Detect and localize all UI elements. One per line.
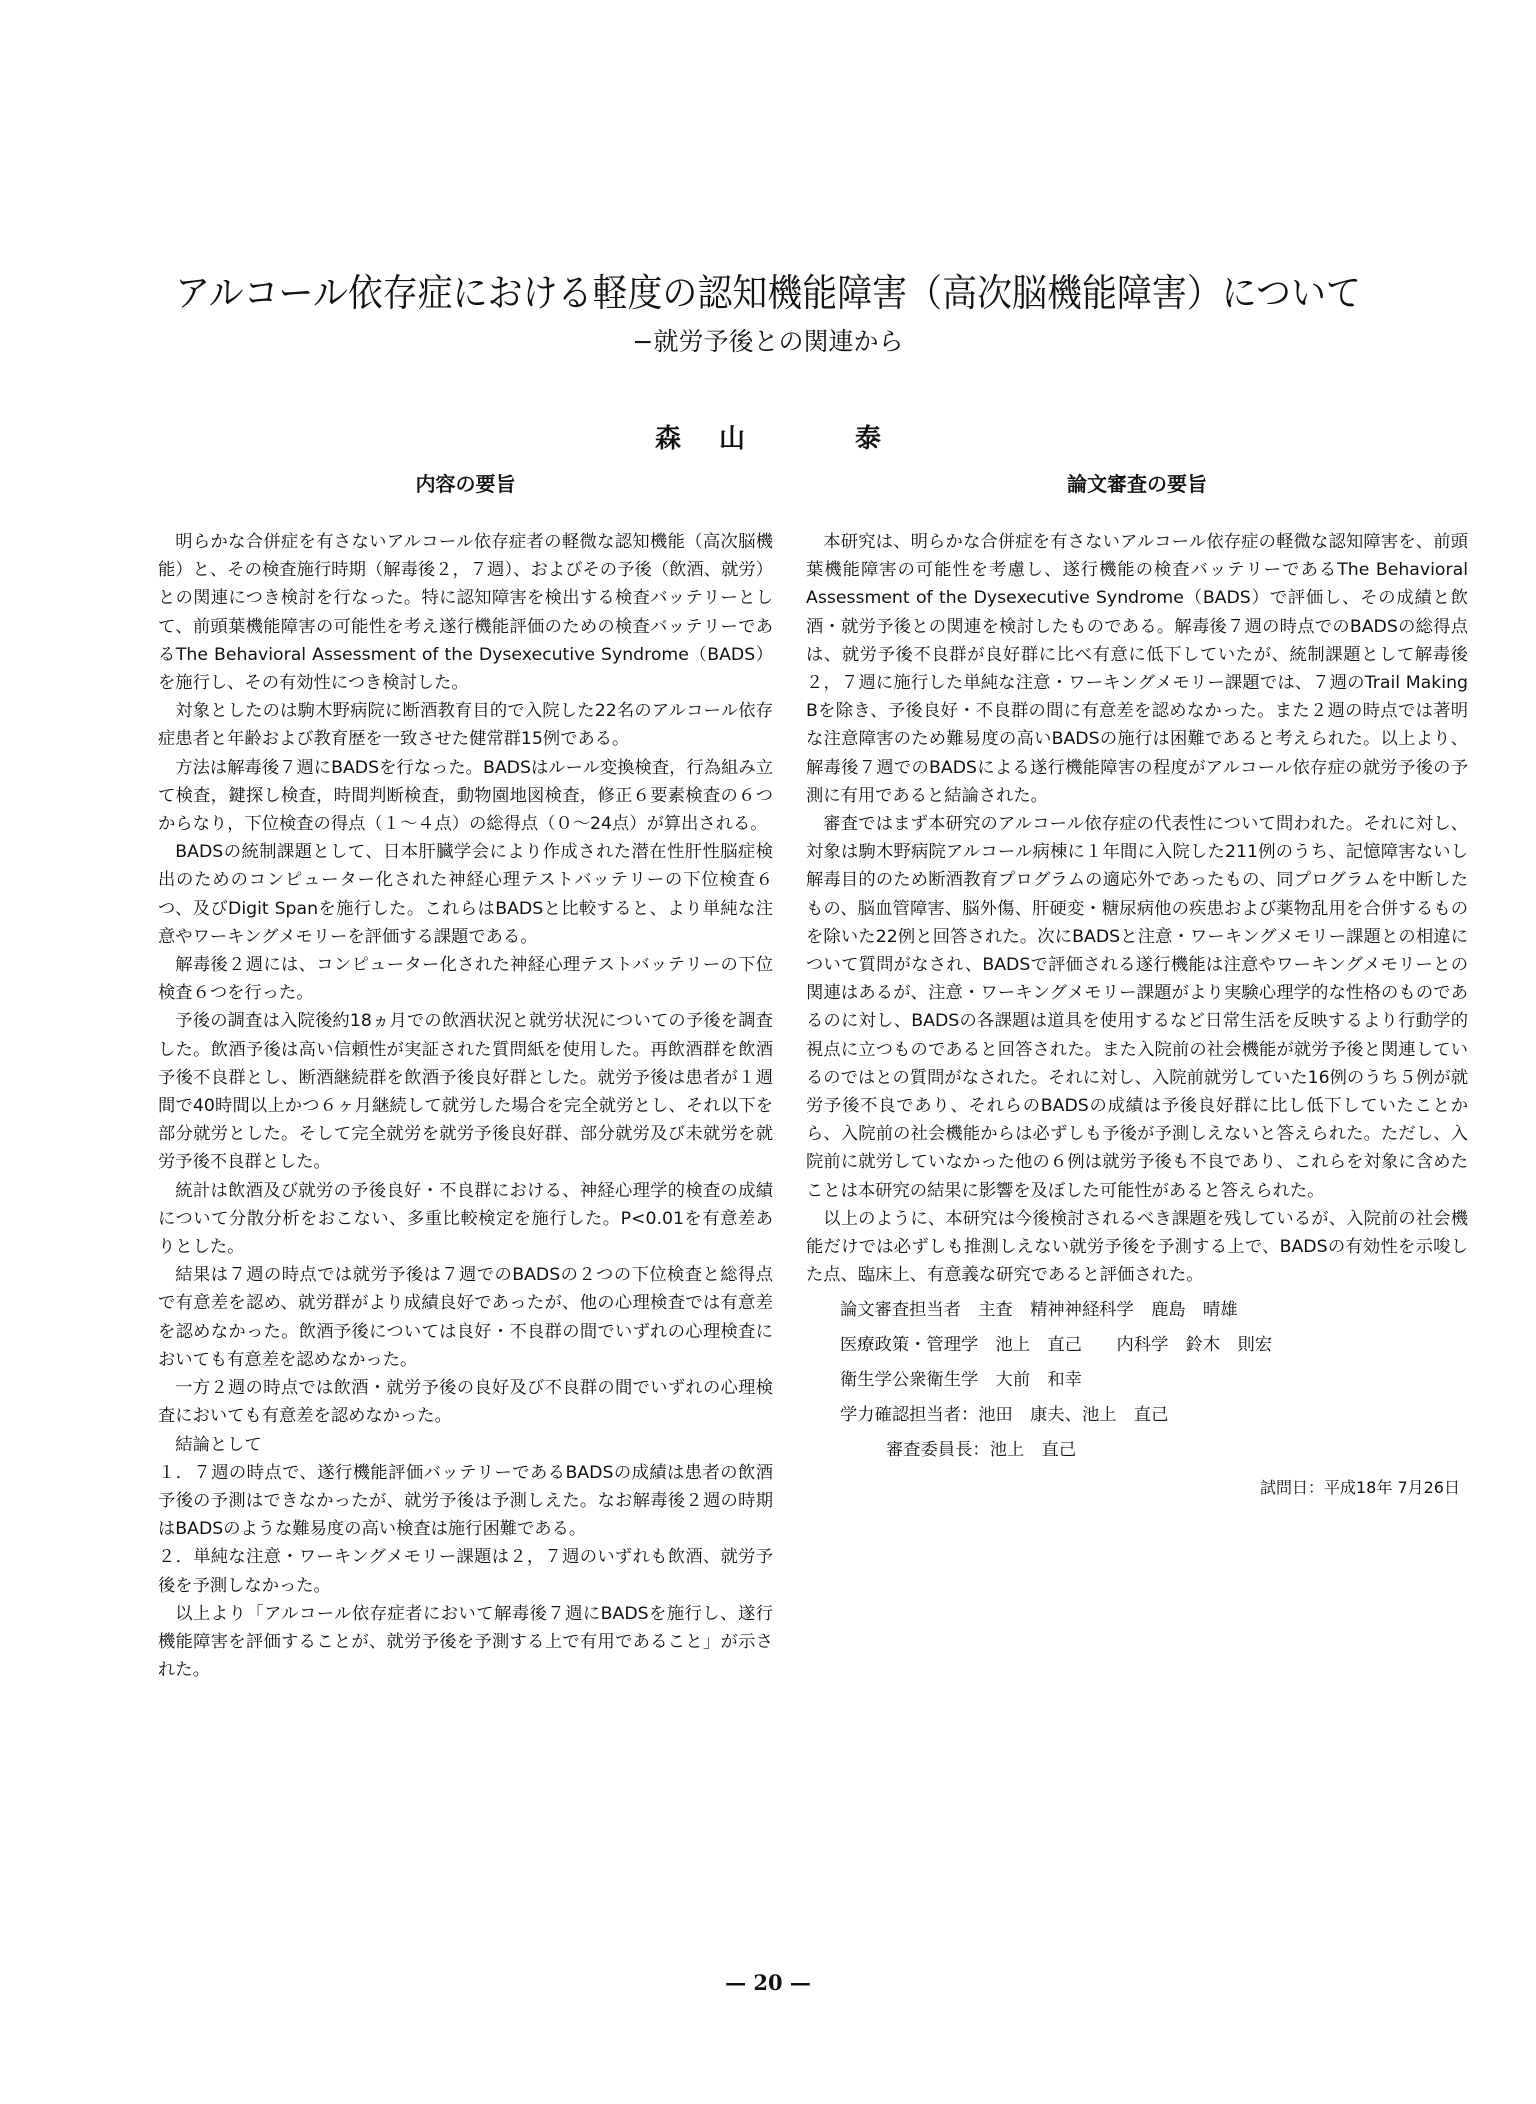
author-name: 森山泰 <box>0 418 1536 455</box>
conclusion-item-1: １．７週の時点で、遂行機能評価バッテリーであるBADSの成績は患者の飲酒予後の予… <box>158 1459 773 1544</box>
abstract-heading: 内容の要旨 <box>158 470 773 498</box>
review-column: 論文審査の要旨 本研究は、明らかな合併症を有さないアルコール依存症の軽微な認知障… <box>806 470 1468 1503</box>
abstract-paragraph: 解毒後２週には、コンピューター化された神経心理テストバッテリーの下位検査６つを行… <box>158 951 773 1007</box>
conclusion-intro: 結論として <box>158 1431 773 1459</box>
paper-subtitle: −就労予後との関連から <box>0 322 1536 358</box>
abstract-closing: 以上より「アルコール依存症者において解毒後７週にBADSを施行し、遂行機能障害を… <box>158 1600 773 1685</box>
author-surname-1: 森 <box>655 418 681 455</box>
abstract-paragraph: 統計は飲酒及び就労の予後良好・不良群における、神経心理学的検査の成績について分散… <box>158 1177 773 1262</box>
review-paragraph: 本研究は、明らかな合併症を有さないアルコール依存症の軽微な認知障害を、前頭葉機能… <box>806 528 1468 810</box>
exam-date: 試問日：平成18年 7月26日 <box>806 1474 1468 1502</box>
author-given-name: 泰 <box>855 418 881 455</box>
committee-chair: 審査委員長：池上 直己 <box>806 1433 1468 1468</box>
review-paragraph: 以上のように、本研究は今後検討されるべき課題を残しているが、入院前の社会機能だけ… <box>806 1205 1468 1290</box>
review-heading: 論文審査の要旨 <box>806 470 1468 498</box>
reviewer-line: 学力確認担当者：池田 康夫、池上 直己 <box>806 1398 1468 1433</box>
abstract-paragraph: BADSの統制課題として、日本肝臓学会により作成された潜在性肝性脳症検出のための… <box>158 838 773 951</box>
abstract-paragraph: 明らかな合併症を有さないアルコール依存症者の軽微な認知機能（高次脳機能）と、その… <box>158 528 773 697</box>
abstract-paragraph: 方法は解毒後７週にBADSを行なった。BADSはルール変換検査，行為組み立て検査… <box>158 754 773 839</box>
author-surname-2: 山 <box>719 418 745 455</box>
page-number: — 20 — <box>0 1970 1536 1995</box>
abstract-paragraph: 結果は７週の時点では就労予後は７週でのBADSの２つの下位検査と総得点で有意差を… <box>158 1261 773 1374</box>
paper-title: アルコール依存症における軽度の認知機能障害（高次脳機能障害）について <box>61 262 1474 317</box>
reviewer-list: 論文審査担当者 主査 精神神経科学 鹿島 晴雄 医療政策・管理学 池上 直己 内… <box>806 1293 1468 1468</box>
review-paragraph: 審査ではまず本研究のアルコール依存症の代表性について問われた。それに対し、対象は… <box>806 810 1468 1205</box>
abstract-column: 内容の要旨 明らかな合併症を有さないアルコール依存症者の軽微な認知機能（高次脳機… <box>158 470 773 1684</box>
reviewer-line: 衛生学公衆衛生学 大前 和幸 <box>806 1363 1468 1398</box>
reviewer-line: 論文審査担当者 主査 精神神経科学 鹿島 晴雄 <box>806 1293 1468 1328</box>
reviewer-line: 医療政策・管理学 池上 直己 内科学 鈴木 則宏 <box>806 1328 1468 1363</box>
conclusion-item-2: ２．単純な注意・ワーキングメモリー課題は２，７週のいずれも飲酒、就労予後を予測し… <box>158 1543 773 1599</box>
abstract-paragraph: 予後の調査は入院後約18ヵ月での飲酒状況と就労状況についての予後を調査した。飲酒… <box>158 1007 773 1176</box>
abstract-paragraph: 対象としたのは駒木野病院に断酒教育目的で入院した22名のアルコール依存症患者と年… <box>158 697 773 753</box>
abstract-paragraph: 一方２週の時点では飲酒・就労予後の良好及び不良群の間でいずれの心理検査においても… <box>158 1374 773 1430</box>
